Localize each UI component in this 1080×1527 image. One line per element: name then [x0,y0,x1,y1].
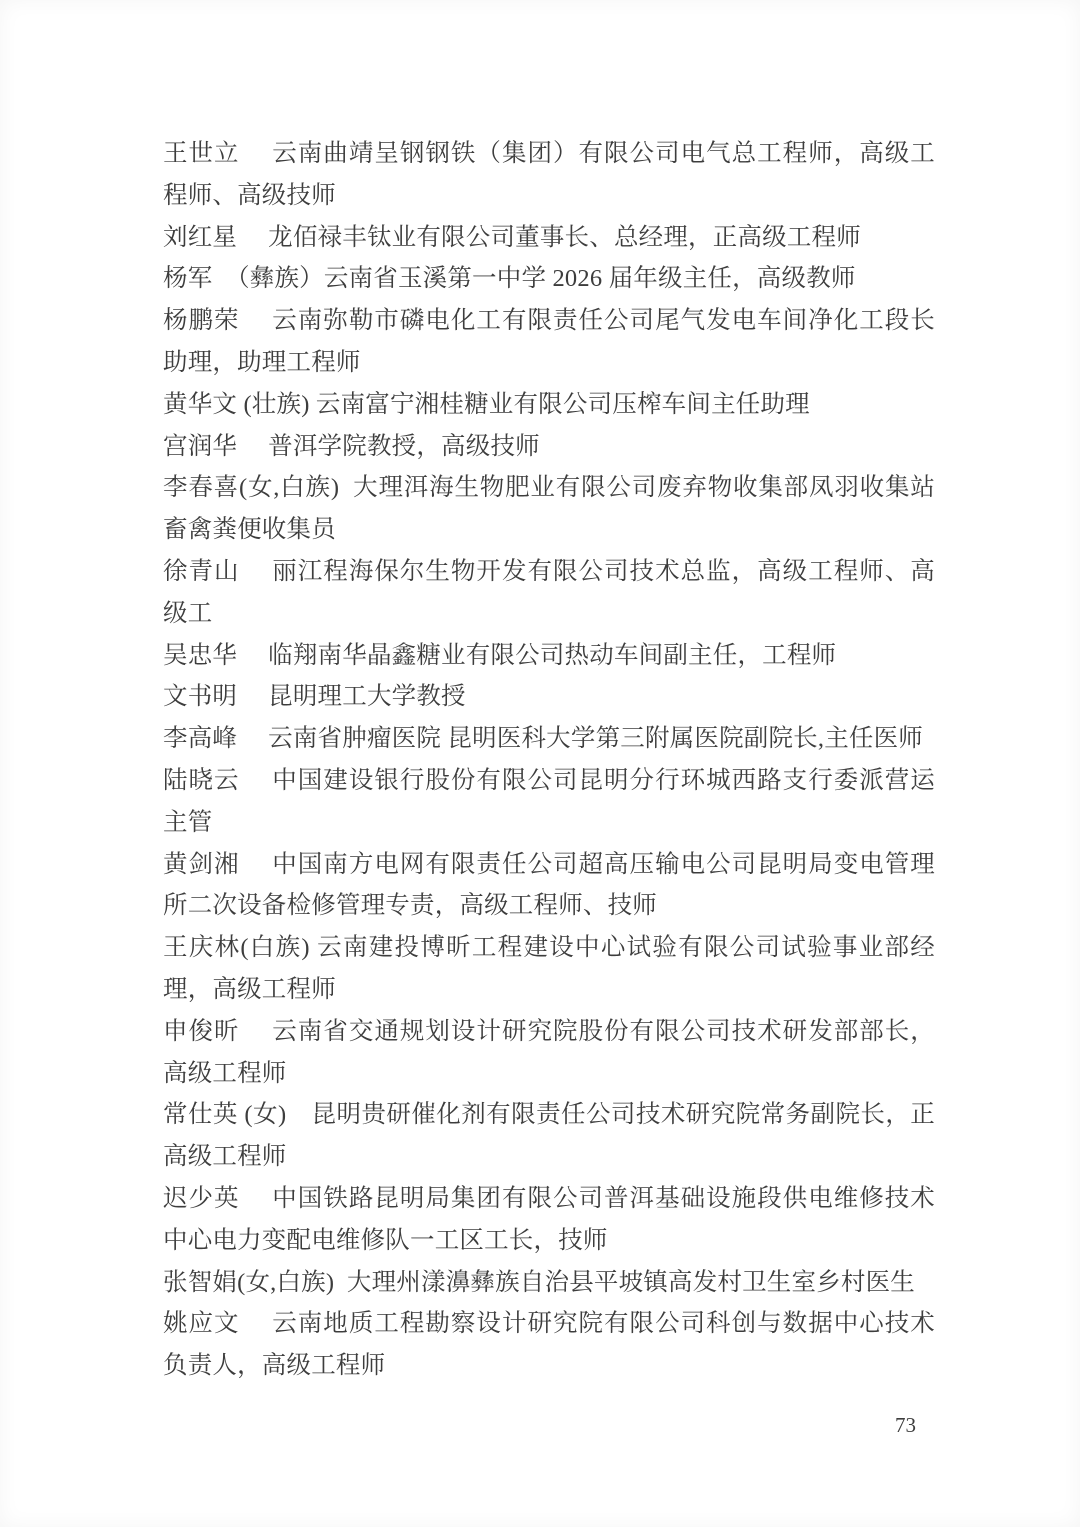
roster-entry: 文书明 昆明理工大学教授 [163,676,935,718]
entry-title-description: 丽江程海保尔生物开发有限公司技术总监，高级工程师、高级工 [163,558,935,627]
roster-entry: 黄剑湘 中国南方电网有限责任公司超高压输电公司昆明局变电管理所二次设备检修管理专… [163,844,935,928]
entry-separator [237,642,268,669]
roster-entry: 刘红星 龙佰禄丰钛业有限公司董事长、总经理，正高级工程师 [163,217,935,259]
entry-separator [237,433,268,460]
roster-entry: 黄华文 (壮族) 云南富宁湘桂糖业有限公司压榨车间主任助理 [163,384,935,426]
entry-title-description: 云南省交通规划设计研究院股份有限公司技术研发部部长，高级工程师 [163,1018,935,1087]
entry-person-name: 李春喜(女,白族) [163,474,339,501]
entry-person-name: 陆晓云 [163,767,240,794]
entry-separator [240,558,273,585]
entry-separator [237,683,268,710]
entry-title-description: 大理州漾濞彝族自治县平坡镇高发村卫生室乡村医生 [347,1269,915,1296]
entry-person-name: 刘红星 [163,224,237,251]
entry-title-description: 中国南方电网有限责任公司超高压输电公司昆明局变电管理所二次设备检修管理专责，高级… [163,851,935,920]
entry-separator [240,767,273,794]
entry-person-name: 王世立 [163,140,240,167]
entry-person-name: 李高峰 [163,725,237,752]
roster-entry: 迟少英 中国铁路昆明局集团有限公司普洱基础设施段供电维修技术中心电力变配电维修队… [163,1178,935,1262]
entry-separator [334,1269,347,1296]
entry-person-name: 张智娟(女,白族) [163,1269,334,1296]
entry-person-name: 姚应文 [163,1310,240,1337]
entry-separator [240,1310,273,1337]
entry-person-name: 黄剑湘 [163,851,240,878]
entry-person-name: 杨军 [163,265,212,292]
roster-entry: 宫润华 普洱学院教授，高级技师 [163,426,935,468]
page-number: 73 [895,1412,916,1438]
roster-entry: 杨鹏荣 云南弥勒市磷电化工有限责任公司尾气发电车间净化工段长助理，助理工程师 [163,300,935,384]
roster-entry: 李春喜(女,白族) 大理洱海生物肥业有限公司废弃物收集部凤羽收集站畜禽粪便收集员 [163,467,935,551]
roster-entry: 杨军 （彝族）云南省玉溪第一中学 2026 届年级主任，高级教师 [163,258,935,300]
entry-separator [240,1185,273,1212]
roster-entry: 王庆林(白族) 云南建投博昕工程建设中心试验有限公司试验事业部经理，高级工程师 [163,927,935,1011]
entry-separator [237,725,268,752]
entry-title-description: （彝族）云南省玉溪第一中学 2026 届年级主任，高级教师 [225,265,856,292]
roster-entry: 陆晓云 中国建设银行股份有限公司昆明分行环城西路支行委派营运主管 [163,760,935,844]
entry-separator [237,224,268,251]
entry-title-description: (壮族) 云南富宁湘桂糖业有限公司压榨车间主任助理 [243,391,809,418]
entry-title-description: 昆明理工大学教授 [268,683,466,710]
document-page: 王世立 云南曲靖呈钢钢铁（集团）有限公司电气总工程师，高级工程师、高级技师 刘红… [0,0,1080,1527]
entry-person-name: 迟少英 [163,1185,240,1212]
entry-title-description: 云南弥勒市磷电化工有限责任公司尾气发电车间净化工段长助理，助理工程师 [163,307,935,376]
entry-title-description: 云南省肿瘤医院 昆明医科大学第三附属医院副院长,主任医师 [268,725,923,752]
entry-title-description: 龙佰禄丰钛业有限公司董事长、总经理，正高级工程师 [268,224,861,251]
roster-entry: 徐青山 丽江程海保尔生物开发有限公司技术总监，高级工程师、高级工 [163,551,935,635]
roster-entry: 姚应文 云南地质工程勘察设计研究院有限公司科创与数据中心技术负责人，高级工程师 [163,1303,935,1387]
entry-title-description: 中国建设银行股份有限公司昆明分行环城西路支行委派营运主管 [163,767,935,836]
entry-person-name: 申俊昕 [163,1018,240,1045]
roster-entry: 申俊昕 云南省交通规划设计研究院股份有限公司技术研发部部长，高级工程师 [163,1011,935,1095]
entry-separator [286,1101,311,1128]
entry-separator [240,1018,273,1045]
entry-separator [212,265,225,292]
roster-list: 王世立 云南曲靖呈钢钢铁（集团）有限公司电气总工程师，高级工程师、高级技师 刘红… [163,133,935,1387]
roster-entry: 常仕英 (女) 昆明贵研催化剂有限责任公司技术研究院常务副院长，正高级工程师 [163,1094,935,1178]
entry-title-description: 临翔南华晶鑫糖业有限公司热动车间副主任，工程师 [268,642,836,669]
roster-entry: 吴忠华 临翔南华晶鑫糖业有限公司热动车间副主任，工程师 [163,635,935,677]
entry-person-name: 王庆林(白族) [163,934,310,961]
entry-separator [240,140,273,167]
entry-person-name: 文书明 [163,683,237,710]
roster-entry: 张智娟(女,白族) 大理州漾濞彝族自治县平坡镇高发村卫生室乡村医生 [163,1262,935,1304]
entry-title-description: 中国铁路昆明局集团有限公司普洱基础设施段供电维修技术中心电力变配电维修队一工区工… [163,1185,935,1254]
entry-person-name: 宫润华 [163,433,237,460]
entry-person-name: 吴忠华 [163,642,237,669]
entry-person-name: 黄华文 [163,391,237,418]
entry-person-name: 常仕英 (女) [163,1101,286,1128]
entry-title-description: 云南曲靖呈钢钢铁（集团）有限公司电气总工程师，高级工程师、高级技师 [163,140,935,209]
entry-title-description: 云南地质工程勘察设计研究院有限公司科创与数据中心技术负责人，高级工程师 [163,1310,935,1379]
entry-person-name: 杨鹏荣 [163,307,240,334]
entry-person-name: 徐青山 [163,558,240,585]
roster-entry: 王世立 云南曲靖呈钢钢铁（集团）有限公司电气总工程师，高级工程师、高级技师 [163,133,935,217]
entry-separator [339,474,353,501]
entry-title-description: 普洱学院教授，高级技师 [268,433,540,460]
roster-entry: 李高峰 云南省肿瘤医院 昆明医科大学第三附属医院副院长,主任医师 [163,718,935,760]
entry-separator [240,307,273,334]
entry-separator [240,851,273,878]
